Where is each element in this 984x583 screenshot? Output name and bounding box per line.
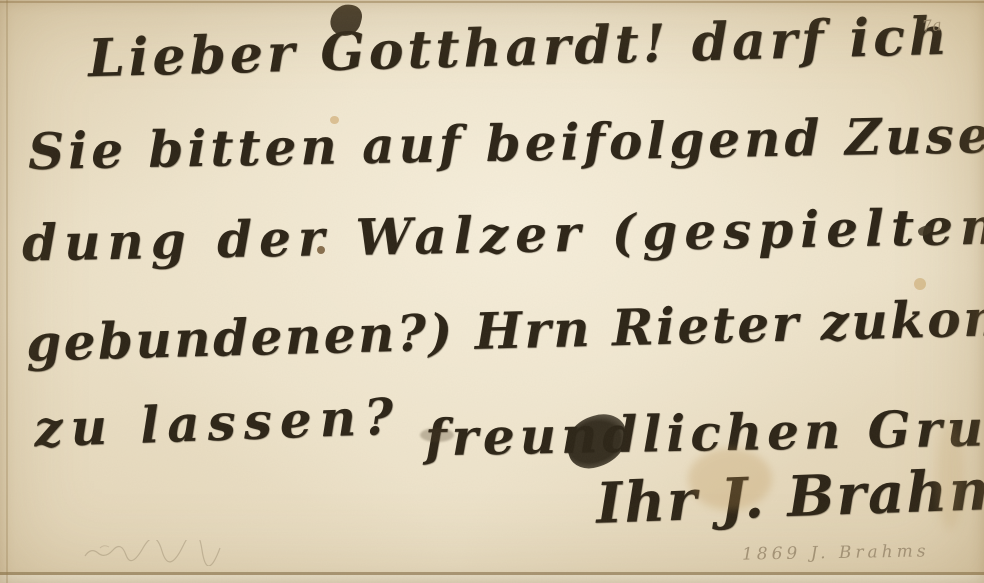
scan-margin-strip	[0, 575, 984, 583]
faint-pencil-scribble	[82, 540, 232, 566]
pencil-attribution: 1869 J. Brahms	[742, 543, 930, 563]
handwriting-line-2: Sie bitten auf beifolgend Zusen-	[28, 109, 984, 177]
handwriting-line-3: dung der Walzer (gespielten	[22, 201, 984, 268]
fox-spot-right	[914, 278, 926, 290]
handwriting-closing: freundlichen Gruß	[425, 403, 984, 464]
handwriting-signature: Ihr J. Brahms	[595, 460, 984, 532]
card-bottom-edge	[0, 572, 984, 575]
pencil-archive-number: 7a	[921, 17, 942, 35]
handwriting-line-5: zu lassen?	[33, 392, 402, 455]
handwriting-line-4: gebundenen?) Hrn Rieter zukommen	[26, 289, 984, 368]
handwriting-line-1: Lieber Gotthardt! darf ich	[87, 11, 951, 86]
card-top-edge	[0, 1, 984, 3]
card-left-edge	[6, 0, 8, 583]
handwritten-card-scan: Lieber Gotthardt! darf ich Sie bitten au…	[0, 0, 984, 583]
